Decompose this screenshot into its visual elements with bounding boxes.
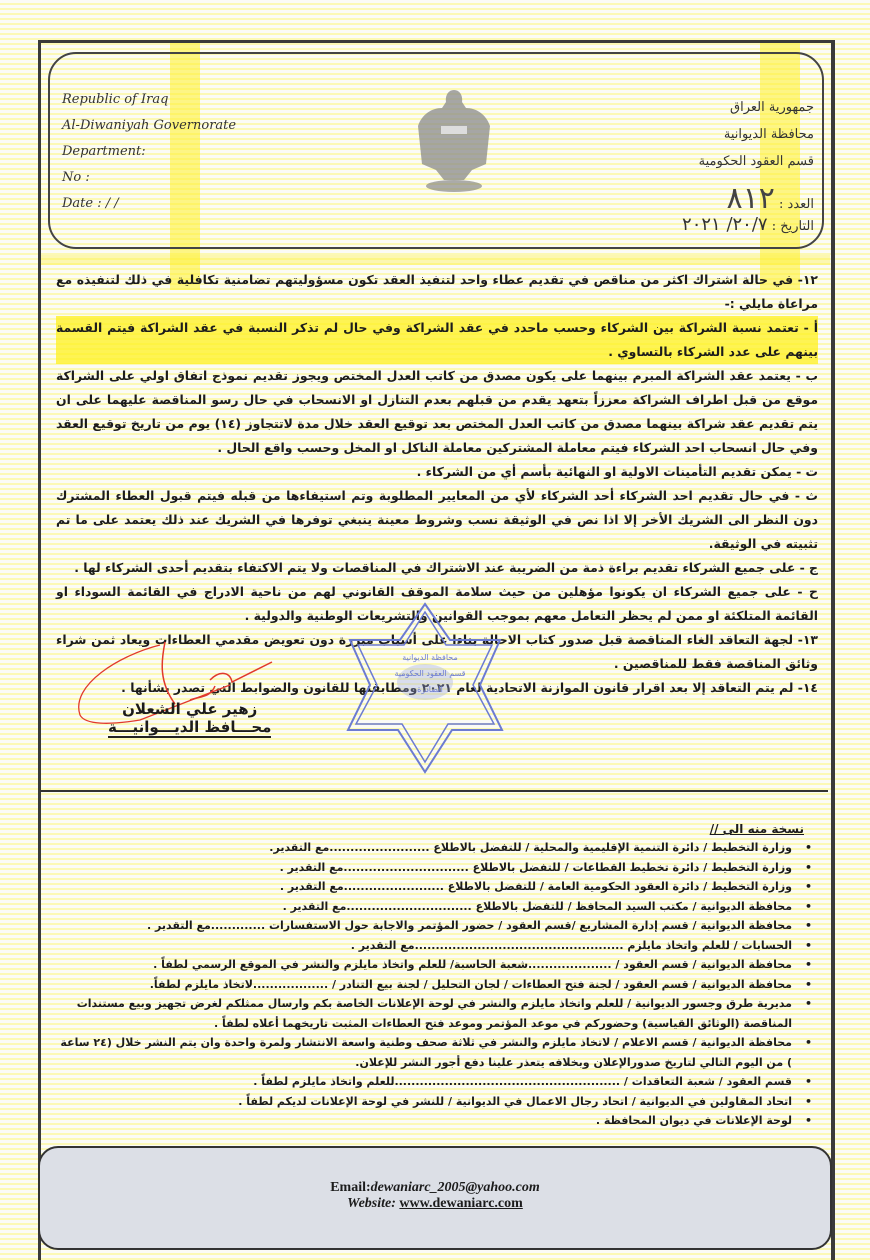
number-row: العدد : ٨١٢ [682, 181, 814, 208]
stamp-line: الصادرة [380, 682, 480, 698]
cc-item-text: محافظة الديوانية / مكتب السيد المحافظ / … [283, 900, 792, 913]
cc-item-text: اتحاد المقاولين في الديوانية / اتحاد رجا… [238, 1095, 792, 1108]
letterhead-arabic: جمهورية العراق محافظة الديوانية قسم العق… [682, 100, 814, 241]
cc-item: •محافظة الديوانية / قسم العقود / لجنة فت… [58, 975, 818, 995]
letterhead-english: Republic of Iraq Al-Diwaniyah Governorat… [62, 92, 236, 222]
governorate-ar: محافظة الديوانية [682, 127, 814, 154]
cc-item-text: وزارة التخطيط / دائرة تخطيط القطاعات / ل… [280, 861, 792, 874]
cc-item: •قسم العقود / شعبة التعاقدات / .........… [58, 1072, 818, 1092]
country-ar: جمهورية العراق [682, 100, 814, 127]
clause-12: ١٢- في حالة اشتراك اكثر من مناقص في تقدي… [56, 268, 818, 316]
cc-item: •محافظة الديوانية / قسم الاعلام / لاتخاذ… [58, 1033, 818, 1072]
email-link[interactable]: dewaniarc_2005@yahoo.com [371, 1180, 540, 1195]
cc-item-text: محافظة الديوانية / قسم العقود / لجنة فتح… [150, 978, 792, 991]
signature-block: زهير علي الشعلان محـــافظ الديـــوانيـــ… [108, 700, 271, 738]
iraq-eagle-icon [413, 86, 495, 194]
cc-item: •محافظة الديوانية / مكتب السيد المحافظ /… [58, 897, 818, 917]
cc-item: •لوحة الإعلانات في ديوان المحافظة . [58, 1111, 818, 1131]
number-label-ar: العدد : [779, 197, 814, 212]
cc-item: •اتحاد المقاولين في الديوانية / اتحاد رج… [58, 1092, 818, 1112]
stamp-line: قسم العقود الحكومية [380, 666, 480, 682]
department-ar: قسم العقود الحكومية [682, 154, 814, 181]
website-link[interactable]: www.dewaniarc.com [399, 1196, 522, 1211]
clause-12-b: ب - يعتمد عقد الشراكة المبرم بينهما على … [56, 364, 818, 460]
cc-item: •الحسابات / للعلم واتخاذ مايلزم ........… [58, 936, 818, 956]
clause-12-a: أ - تعتمد نسبة الشراكة بين الشركاء وحسب … [56, 316, 818, 364]
footer-contact: Email:dewaniarc_2005@yahoo.com Website: … [0, 1180, 870, 1212]
divider [40, 790, 828, 792]
stamp-line: محافظة الديوانية [380, 650, 480, 666]
cc-list: •وزارة التخطيط / دائرة التنمية الإقليمية… [58, 838, 818, 1131]
date-value: ٢٠/٧/ ٢٠٢١ [682, 214, 768, 235]
cc-item: •مديرية طرق وجسور الديوانية / للعلم واتخ… [58, 994, 818, 1033]
cc-title: نسخة منه الى // [710, 822, 804, 836]
clause-12-th: ث - في حال تقديم احد الشركاء أحد الشركاء… [56, 484, 818, 556]
cc-item-text: الحسابات / للعلم واتخاذ مايلزم .........… [351, 939, 792, 952]
cc-item-text: قسم العقود / شعبة التعاقدات / ..........… [253, 1075, 792, 1088]
signatory-title: محـــافظ الديـــوانيـــة [108, 718, 271, 738]
cc-item: •وزارة التخطيط / دائرة تخطيط القطاعات / … [58, 858, 818, 878]
cc-item-text: محافظة الديوانية / قسم العقود / ........… [153, 958, 792, 971]
department-label-en: Department: [62, 144, 236, 170]
country-en: Republic of Iraq [62, 92, 236, 118]
number-label-en: No : [62, 170, 236, 196]
cc-item: •محافظة الديوانية / قسم إدارة المشاريع /… [58, 916, 818, 936]
number-value: ٨١٢ [727, 181, 775, 216]
clause-12-t: ت - يمكن تقديم التأمينات الاولية او النه… [56, 460, 818, 484]
cc-item-text: محافظة الديوانية / قسم الاعلام / لاتخاذ … [60, 1036, 792, 1069]
cc-item-text: وزارة التخطيط / دائرة العقود الحكومية ال… [280, 880, 792, 893]
cc-item-text: محافظة الديوانية / قسم إدارة المشاريع /ق… [147, 919, 792, 932]
cc-item: •وزارة التخطيط / دائرة التنمية الإقليمية… [58, 838, 818, 858]
clause-12-j: ج - على جميع الشركاء تقديم براءة ذمة من … [56, 556, 818, 580]
governorate-en: Al-Diwaniyah Governorate [62, 118, 236, 144]
stamp-text: محافظة الديوانية قسم العقود الحكومية الص… [380, 650, 480, 698]
cc-item-text: لوحة الإعلانات في ديوان المحافظة . [596, 1114, 792, 1127]
date-label-ar: التاريخ : [772, 219, 814, 234]
cc-item: •محافظة الديوانية / قسم العقود / .......… [58, 955, 818, 975]
email-label: Email: [330, 1180, 370, 1195]
signatory-name: زهير علي الشعلان [108, 700, 271, 718]
cc-item-text: مديرية طرق وجسور الديوانية / للعلم واتخا… [77, 997, 792, 1030]
cc-item-text: وزارة التخطيط / دائرة التنمية الإقليمية … [269, 841, 792, 854]
date-label-en: Date : / / [62, 196, 236, 222]
website-label: Website: [347, 1196, 396, 1211]
cc-item: •وزارة التخطيط / دائرة العقود الحكومية ا… [58, 877, 818, 897]
date-row: التاريخ : ٢٠/٧/ ٢٠٢١ [682, 214, 814, 241]
